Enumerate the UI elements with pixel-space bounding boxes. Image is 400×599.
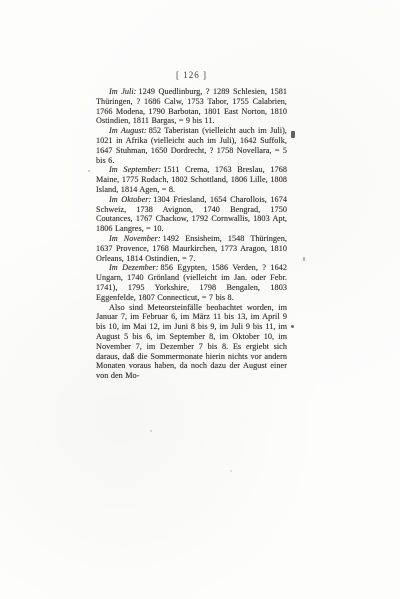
month-lead-december: Im Dezember: (109, 263, 161, 272)
ink-speck (291, 325, 294, 328)
ink-speck (303, 257, 305, 261)
paragraph-text: Also sind Meteorsteinfälle beobachtet wo… (96, 303, 287, 381)
month-lead-july: Im Juli: (109, 87, 138, 96)
month-lead-august: Im August: (109, 126, 149, 135)
paragraph-december: Im Dezember:856 Egypten, 1586 Verden, ? … (96, 263, 287, 302)
month-lead-october: Im Oktober: (109, 195, 153, 204)
paragraph-october: Im Oktober:1304 Friesland, 1654 Charollo… (96, 195, 287, 234)
body-copy: Im Juli:1249 Quedlinburg, ? 1289 Schlesi… (96, 87, 287, 381)
paragraph-november: Im November:1492 Ensisheim, 1548 Thüring… (96, 234, 287, 263)
month-lead-september: Im September: (109, 165, 163, 174)
paragraph-september: Im September:1511 Crema, 1763 Breslau, 1… (96, 165, 287, 194)
ink-speck (230, 470, 232, 472)
paragraph-july: Im Juli:1249 Quedlinburg, ? 1289 Schlesi… (96, 87, 287, 126)
scanned-book-page: [ 126 ] Im Juli:1249 Quedlinburg, ? 1289… (0, 0, 400, 599)
month-lead-november: Im November: (109, 234, 163, 243)
ink-speck (88, 170, 90, 172)
paragraph-august: Im August:852 Taberistan (vielleicht auc… (96, 126, 287, 165)
page-number: [ 126 ] (96, 70, 287, 80)
paragraph-summary: Also sind Meteorsteinfälle beobachtet wo… (96, 303, 287, 381)
ink-speck (150, 430, 152, 432)
text-block: [ 126 ] Im Juli:1249 Quedlinburg, ? 1289… (96, 70, 287, 381)
ink-speck (291, 131, 295, 138)
